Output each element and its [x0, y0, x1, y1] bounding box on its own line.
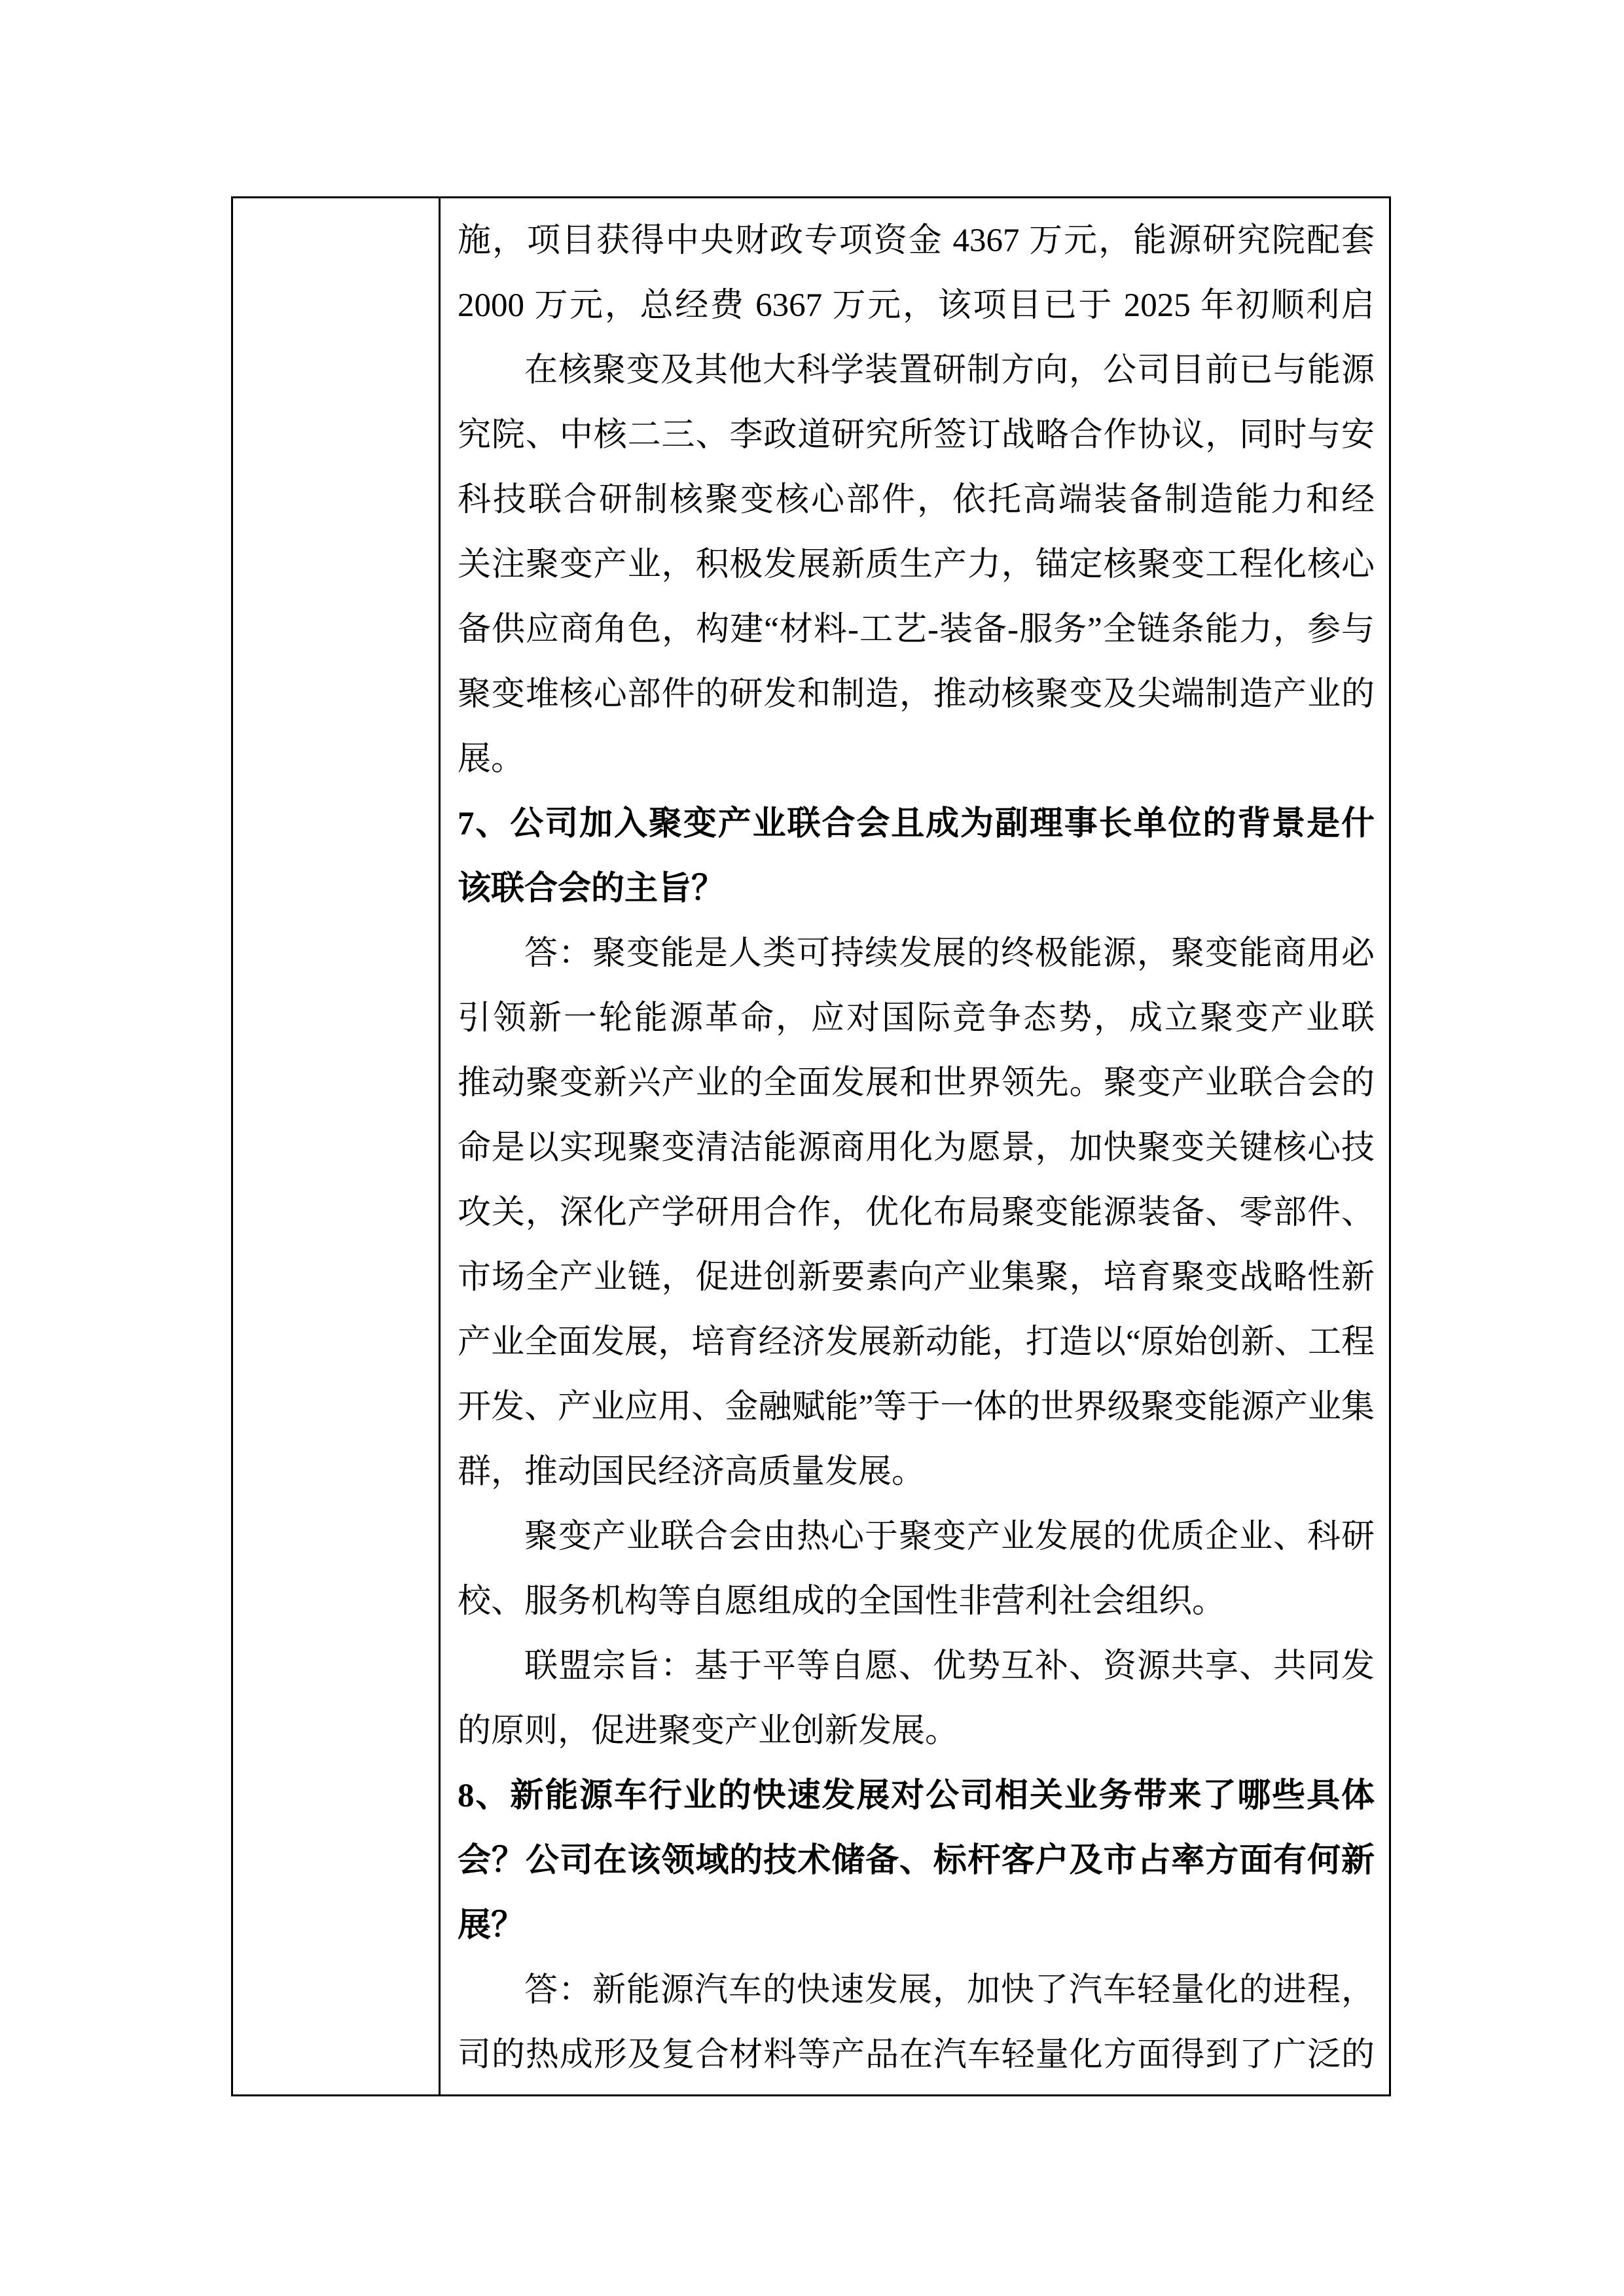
text-line: 校、服务机构等自愿组成的全国性非营利社会组织。	[458, 1570, 1375, 1634]
question-heading-line: 展？	[458, 1893, 1375, 1958]
text-line: 攻关，深化产学研用合作，优化布局聚变能源装备、零部件、后	[458, 1181, 1375, 1246]
question-heading-line: 7、公司加入聚变产业联合会且成为副理事长单位的背景是什么，	[458, 792, 1375, 857]
qa-table: 施，项目获得中央财政专项资金 4367 万元，能源研究院配套资金 2000 万元…	[231, 196, 1391, 2096]
row-content-cell: 施，项目获得中央财政专项资金 4367 万元，能源研究院配套资金 2000 万元…	[441, 198, 1389, 2094]
text-line: 聚变产业联合会由热心于聚变产业发展的优质企业、科研院	[458, 1505, 1375, 1570]
question-heading-line: 该联合会的主旨？	[458, 857, 1375, 922]
text-line: 司的热成形及复合材料等产品在汽车轻量化方面得到了广泛的应	[458, 2023, 1375, 2088]
text-line: 展。	[458, 727, 1375, 792]
text-line: 群，推动国民经济高质量发展。	[458, 1440, 1375, 1505]
text-line: 科技联合研制核聚变核心部件，依托高端装备制造能力和经验，	[458, 468, 1375, 533]
text-line: 推动聚变新兴产业的全面发展和世界领先。聚变产业联合会的使	[458, 1051, 1375, 1116]
text-line: 究院、中核二三、李政道研究所签订战略合作协议，同时与安泰	[458, 403, 1375, 468]
text-line: 的原则，促进聚变产业创新发展。	[458, 1699, 1375, 1764]
question-heading-line: 会？公司在该领域的技术储备、标杆客户及市占率方面有何新进	[458, 1829, 1375, 1893]
text-line: 2000 万元，总经费 6367 万元，该项目已于 2025 年初顺利启动。	[458, 274, 1375, 338]
text-line: 产业全面发展，培育经济发展新动能，打造以“原始创新、工程	[458, 1310, 1375, 1375]
text-line: 施，项目获得中央财政专项资金 4367 万元，能源研究院配套资金	[458, 209, 1375, 274]
text-line: 答：聚变能是人类可持续发展的终极能源，聚变能商用必将	[458, 922, 1375, 986]
text-line: 市场全产业链，促进创新要素向产业集聚，培育聚变战略性新兴	[458, 1246, 1375, 1310]
text-line: 联盟宗旨：基于平等自愿、优势互补、资源共享、共同发展	[458, 1634, 1375, 1699]
question-heading-line: 8、新能源车行业的快速发展对公司相关业务带来了哪些具体的机	[458, 1764, 1375, 1829]
text-line: 备供应商角色，构建“材料-工艺-装备-服务”全链条能力，参与	[458, 598, 1375, 662]
text-line: 在核聚变及其他大科学装置研制方向，公司目前已与能源研	[458, 338, 1375, 403]
text-line: 答：新能源汽车的快速发展，加快了汽车轻量化的进程，公	[458, 1958, 1375, 2023]
row-label-cell	[233, 198, 441, 2094]
text-line: 开发、产业应用、金融赋能”等于一体的世界级聚变能源产业集	[458, 1375, 1375, 1440]
text-line: 命是以实现聚变清洁能源商用化为愿景，加快聚变关键核心技术	[458, 1116, 1375, 1181]
text-line: 关注聚变产业，积极发展新质生产力，锚定核聚变工程化核心装	[458, 533, 1375, 598]
text-line: 引领新一轮能源革命，应对国际竞争态势，成立聚变产业联盟，	[458, 986, 1375, 1051]
text-line: 聚变堆核心部件的研发和制造，推动核聚变及尖端制造产业的发	[458, 662, 1375, 727]
